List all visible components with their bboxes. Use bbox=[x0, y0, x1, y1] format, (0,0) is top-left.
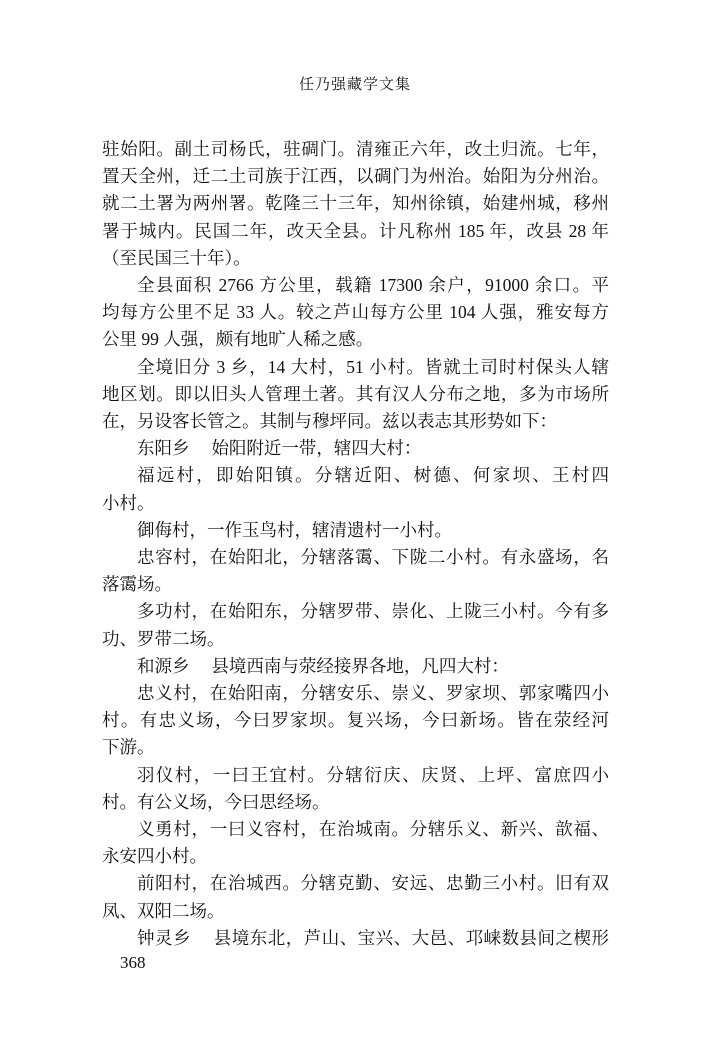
text-line: 前阳村，在治城西。分辖克勤、安远、忠勤三小村。旧有双 bbox=[102, 870, 609, 897]
text-line: 义勇村，一曰义容村，在治城南。分辖乐义、新兴、歆福、 bbox=[102, 816, 609, 843]
text-line: 村。有公义场，今曰思经场。 bbox=[102, 789, 609, 816]
text-line: 地区划。即以旧头人管理土著。其有汉人分布之地，多为市场所 bbox=[102, 381, 609, 408]
text-line: 就二土署为两州署。乾隆三十三年，知州徐镇，始建州城，移州 bbox=[102, 190, 609, 217]
text-line: 和源乡 县境西南与荥经接界各地，凡四大村： bbox=[102, 653, 609, 680]
page-number: 368 bbox=[120, 953, 146, 973]
text-line: 驻始阳。副土司杨氏，驻碉门。清雍正六年，改土归流。七年， bbox=[102, 136, 609, 163]
book-page: 任乃强藏学文集 驻始阳。副土司杨氏，驻碉门。清雍正六年，改土归流。七年，置天全州… bbox=[0, 0, 710, 1057]
text-line: 均每方公里不足 33 人。较之芦山每方公里 104 人强，雅安每方 bbox=[102, 299, 609, 326]
text-line: 永安四小村。 bbox=[102, 843, 609, 870]
text-line: 多功村，在始阳东，分辖罗带、崇化、上陇三小村。今有多 bbox=[102, 598, 609, 625]
text-line: 钟灵乡 县境东北，芦山、宝兴、大邑、邛崃数县间之楔形 bbox=[102, 925, 609, 952]
text-line: 在，另设客长管之。其制与穆坪同。兹以表志其形势如下： bbox=[102, 408, 609, 435]
text-line: 小村。 bbox=[102, 490, 609, 517]
text-line: 公里 99 人强，颇有地旷人稀之感。 bbox=[102, 326, 609, 353]
text-line: 全境旧分 3 乡，14 大村，51 小村。皆就土司时村保头人辖 bbox=[102, 354, 609, 381]
body-text: 驻始阳。副土司杨氏，驻碉门。清雍正六年，改土归流。七年，置天全州，迁二土司族于江… bbox=[102, 136, 609, 952]
running-header: 任乃强藏学文集 bbox=[0, 73, 710, 94]
text-line: 署于城内。民国二年，改天全县。计凡称州 185 年，改县 28 年 bbox=[102, 218, 609, 245]
text-line: 羽仪村，一曰王宜村。分辖衍庆、庆贤、上坪、富庶四小 bbox=[102, 762, 609, 789]
text-line: （至民国三十年）。 bbox=[102, 245, 609, 272]
text-line: 落霭场。 bbox=[102, 571, 609, 598]
text-line: 忠义村，在始阳南，分辖安乐、崇义、罗家坝、郭家嘴四小 bbox=[102, 680, 609, 707]
text-line: 功、罗带二场。 bbox=[102, 626, 609, 653]
text-line: 下游。 bbox=[102, 734, 609, 761]
text-line: 东阳乡 始阳附近一带，辖四大村： bbox=[102, 435, 609, 462]
text-line: 全县面积 2766 方公里，载籍 17300 余户，91000 余口。平 bbox=[102, 272, 609, 299]
text-line: 置天全州，迁二土司族于江西，以碉门为州治。始阳为分州治。 bbox=[102, 163, 609, 190]
text-line: 忠容村，在始阳北，分辖落霭、下陇二小村。有永盛场，名 bbox=[102, 544, 609, 571]
text-line: 凤、双阳二场。 bbox=[102, 898, 609, 925]
text-line: 村。有忠义场，今曰罗家坝。复兴场，今曰新场。皆在荥经河 bbox=[102, 707, 609, 734]
text-line: 御侮村，一作玉鸟村，辖清遗村一小村。 bbox=[102, 517, 609, 544]
text-line: 福远村，即始阳镇。分辖近阳、树德、何家坝、王村四 bbox=[102, 462, 609, 489]
